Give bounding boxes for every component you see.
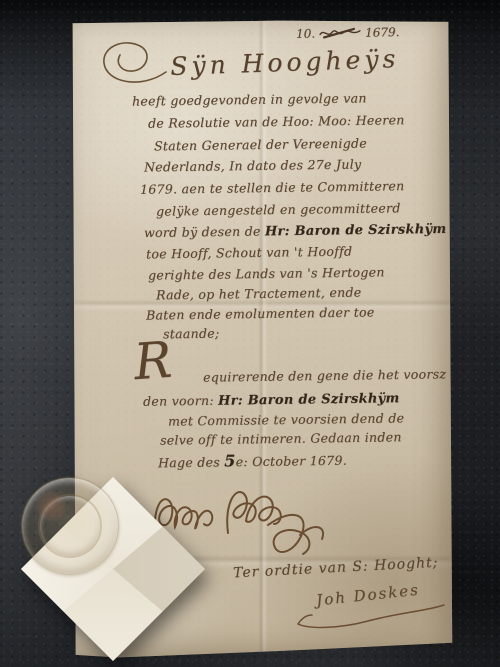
seal-wax-tint xyxy=(36,490,66,522)
line-text: e: October 1679. xyxy=(236,453,348,470)
body-line: Baten ende emolumenten daer toe xyxy=(146,304,375,322)
line-text: Hage des xyxy=(158,454,224,470)
body-line: Rade, op het Tractement, ende xyxy=(156,285,362,303)
body-line: staande; xyxy=(163,326,220,342)
heading-flourish-icon xyxy=(98,36,170,86)
line-text: word bÿ desen de xyxy=(144,223,265,240)
document-heading: Sÿn Hoogheÿs xyxy=(98,34,399,86)
body-line: Hage des 5e: October 1679. xyxy=(158,450,347,472)
appointee-name: Hr: Baron de Szirskhÿm xyxy=(265,222,447,240)
body-line: toe Hooff, Schout van 't Hooffd xyxy=(146,244,352,262)
secretary-flourish-icon xyxy=(296,602,446,632)
body-line: Staten Generael der Vereenigde xyxy=(154,136,367,154)
photo-of-document: 10. 1679. Sÿn Hoogheÿs heeft goedgevonde… xyxy=(0,0,500,667)
paragraph-initial-R: R xyxy=(132,335,173,388)
line-text: den voorn: xyxy=(143,393,218,409)
papered-wax-seal xyxy=(21,477,205,661)
body-line: Nederlands, In dato des 27e July xyxy=(144,156,361,174)
heading-text: Sÿn Hoogheÿs xyxy=(169,30,399,81)
seal-embossed-disc xyxy=(21,477,119,575)
date-number: 5 xyxy=(224,451,236,470)
appointee-name: Hr: Baron de Szirskhÿm xyxy=(218,391,400,409)
